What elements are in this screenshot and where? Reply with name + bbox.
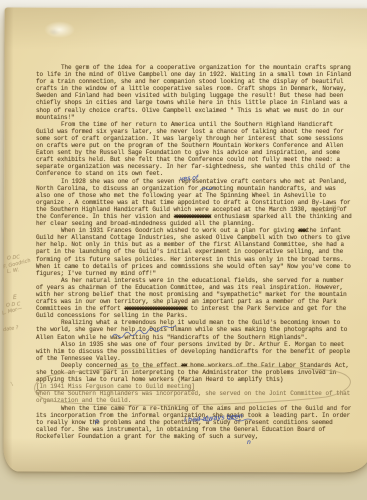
paragraph: When the Southern Highlanders was incorp… — [36, 390, 352, 404]
paragraph: The germ of the idea for a cooperative o… — [36, 64, 352, 121]
paragraph: Also in 1935 she was one of four persons… — [36, 341, 352, 362]
struck-out-text: xxxxxxxxxxxxxxxxxxxxxxxx — [124, 305, 186, 312]
paragraph: When in 1931 Frances Goodrich wished to … — [36, 227, 352, 277]
paragraph: In 1928 she was one of the seven represe… — [36, 178, 352, 228]
typed-text-run: From the time of her return to America u… — [36, 121, 350, 178]
typed-text-run: Deeply concerned as to the effect — [61, 362, 181, 369]
paragraph: Deeply concerned as to the effect xx hom… — [36, 362, 352, 383]
struck-out-text: xxxxxxxxxxxxxx — [174, 213, 210, 220]
typed-text-run: When the Southern Highlanders was incorp… — [36, 390, 350, 404]
paragraph: From the time of her return to America u… — [36, 121, 352, 178]
typed-text-run: When in 1931 Frances Goodrich wished to … — [61, 227, 298, 234]
typed-text-run: The germ of the idea for a cooperative o… — [36, 64, 351, 121]
paragraph: Realizing what a tremendous help it woul… — [36, 319, 352, 340]
paragraph: [In 1941 Miss Ferguson came to Guild mee… — [36, 383, 352, 390]
typed-text-run: the infant Guild her Allanstand Cottage … — [36, 227, 351, 277]
paragraph: As her natural interests were in the edu… — [36, 277, 352, 320]
scanned-document-page: The germ of the idea for a cooperative o… — [0, 0, 367, 500]
typed-text-body: The germ of the idea for a cooperative o… — [0, 0, 367, 440]
typed-text-run: Realizing what a tremendous help it woul… — [36, 319, 347, 340]
typed-text-run: When the time came for a re-thinking of … — [36, 405, 351, 440]
paragraph: When the time came for a re-thinking of … — [36, 405, 352, 440]
typed-text-run: Also in 1935 she was one of four persons… — [36, 341, 350, 362]
struck-out-text: xxx — [298, 227, 306, 234]
